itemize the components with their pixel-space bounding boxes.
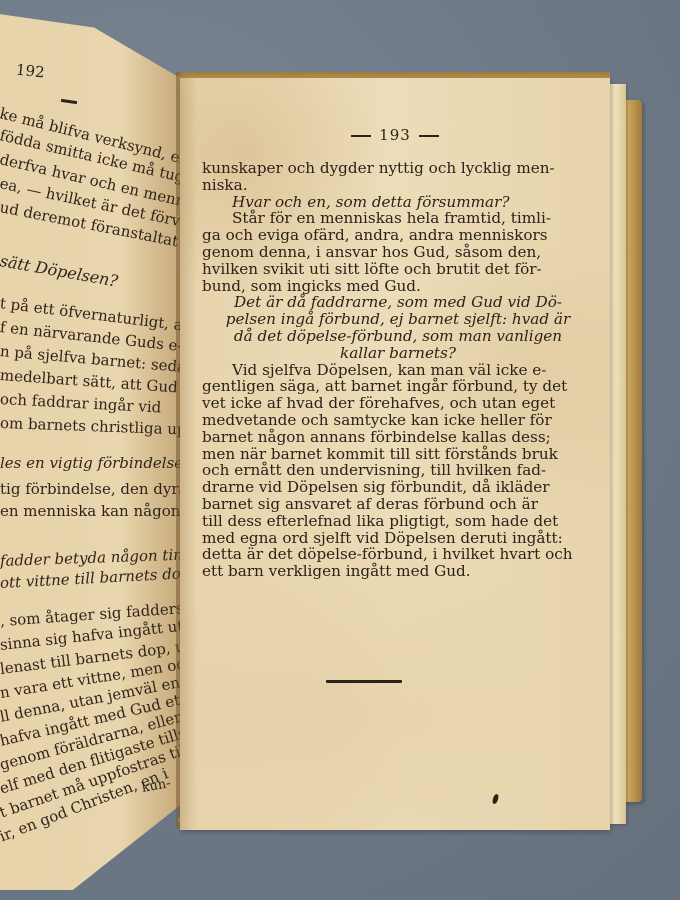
question-heading: Hvar och en, som detta försummar? (202, 194, 594, 211)
text-line: med egna ord sjelft vid Döpelsen deruti … (202, 530, 594, 547)
text-line: Vid sjelfva Döpelsen, kan man väl icke e… (202, 362, 594, 379)
text-line: niska. (202, 177, 594, 194)
left-page-number: 192 (15, 61, 45, 82)
left-question: les en vigtig förbindelse? (0, 452, 184, 474)
text-line: vet icke af hvad der förehafves, och uta… (202, 395, 594, 412)
right-page-header: 193 (180, 126, 610, 144)
section-end-rule (326, 680, 402, 683)
text-line: och ernått den undervisning, till hvilke… (202, 462, 594, 479)
question-text: Hvar och en, som detta försummar? (232, 193, 509, 211)
question-line: då det döpelse-förbund, som man vanligen (202, 328, 594, 345)
right-page-body: kunskaper och dygder nyttig och lycklig … (202, 160, 594, 580)
right-page-number: 193 (379, 126, 411, 144)
text-line: gentligen säga, att barnet ingår förbund… (202, 378, 594, 395)
left-line: tig förbindelse, den dyra- (0, 478, 184, 500)
text-line: till dess efterlefnad lika pligtigt, som… (202, 513, 594, 530)
question-heading: Det är då faddrarne, som med Gud vid Dö-… (202, 294, 594, 361)
text-line: ga och eviga ofärd, andra, andra mennisk… (202, 227, 594, 244)
text-line: barnet någon annans förbindelse kallas d… (202, 429, 594, 446)
text-line: genom denna, i ansvar hos Gud, såsom den… (202, 244, 594, 261)
left-catchword: kun- (140, 773, 172, 800)
text-line: men när barnet kommit till sitt förstånd… (202, 446, 594, 463)
left-question: sätt Döpelsen? (0, 250, 120, 292)
question-line: pelsen ingå förbund, ej barnet sjelft: h… (202, 311, 594, 328)
book-photo: 192 ke må blifva verksynd, el- födda smi… (0, 0, 680, 900)
ink-blot (492, 794, 499, 805)
right-page: 193 kunskaper och dygder nyttig och lyck… (180, 78, 610, 830)
text-line: ett barn verkligen ingått med Gud. (202, 563, 594, 580)
header-dash-right (419, 135, 439, 137)
text-line: drarne vid Döpelsen sig förbundit, då ik… (202, 479, 594, 496)
text-line: barnet sig ansvaret af deras förbund och… (202, 496, 594, 513)
answer-paragraph: Står för en menniskas hela framtid, timl… (202, 210, 594, 294)
text-line: Står för en menniskas hela framtid, timl… (202, 210, 594, 227)
text-line: kunskaper och dygder nyttig och lycklig … (202, 160, 594, 177)
text-line: bund, som ingicks med Gud. (202, 278, 594, 295)
header-dash-left (351, 135, 371, 137)
paragraph-continuation: kunskaper och dygder nyttig och lycklig … (202, 160, 594, 194)
question-line: Det är då faddrarne, som med Gud vid Dö- (202, 294, 594, 311)
left-page-number-dash (61, 99, 77, 104)
left-page-content: 192 ke må blifva verksynd, el- födda smi… (0, 10, 184, 890)
text-line: hvilken svikit uti sitt löfte och brutit… (202, 261, 594, 278)
left-line: en menniska kan någon- (0, 500, 184, 522)
question-line: kallar barnets? (202, 345, 594, 362)
text-line: detta är det döpelse-förbund, i hvilket … (202, 546, 594, 563)
text-line: medvetande och samtycke kan icke heller … (202, 412, 594, 429)
answer-paragraph: Vid sjelfva Döpelsen, kan man väl icke e… (202, 362, 594, 580)
